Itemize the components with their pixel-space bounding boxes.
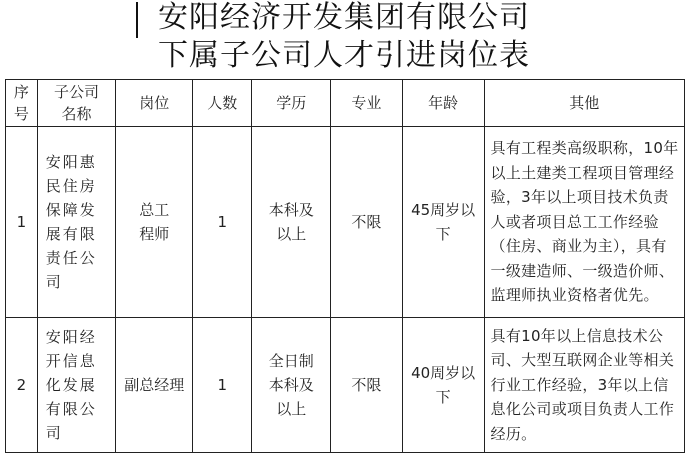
cell-other: 具有工程类高级职称，10年以上土建类工程项目管理经验，3年以上项目技术负责人或者… xyxy=(484,127,684,318)
cell-major: 不限 xyxy=(331,318,403,453)
cell-other: 具有10年以上信息技术公司、大型互联网企业等相关行业工作经验，3年以上信息化公司… xyxy=(484,318,684,453)
header-education: 学历 xyxy=(252,80,331,127)
cell-position: 总工程师 xyxy=(116,127,193,318)
cell-education: 本科及以上 xyxy=(252,127,331,318)
cell-company: 安阳经开信息化发展有限公司 xyxy=(37,318,116,453)
header-other: 其他 xyxy=(484,80,684,127)
text-cursor xyxy=(136,2,138,38)
cell-major: 不限 xyxy=(331,127,403,318)
cell-company: 安阳惠民住房保障发展有限责任公司 xyxy=(37,127,116,318)
cell-age: 45周岁以下 xyxy=(402,127,484,318)
document-title-line2: 下属子公司人才引进岗位表 xyxy=(0,38,688,74)
header-major: 专业 xyxy=(331,80,403,127)
cell-index: 1 xyxy=(6,127,38,318)
positions-table: 序号 子公司名称 岗位 人数 学历 专业 年龄 其他 1 安阳惠民住房保障发展有… xyxy=(5,79,685,453)
header-count: 人数 xyxy=(193,80,252,127)
table-row: 2 安阳经开信息化发展有限公司 副总经理 1 全日制本科及以上 不限 40周岁以… xyxy=(6,318,685,453)
document-title-line1: 安阳经济开发集团有限公司 xyxy=(0,0,688,36)
header-index: 序号 xyxy=(6,80,38,127)
cell-count: 1 xyxy=(193,127,252,318)
cell-count: 1 xyxy=(193,318,252,453)
header-age: 年龄 xyxy=(402,80,484,127)
header-position: 岗位 xyxy=(116,80,193,127)
header-company: 子公司名称 xyxy=(37,80,116,127)
cell-index: 2 xyxy=(6,318,38,453)
table-header-row: 序号 子公司名称 岗位 人数 学历 专业 年龄 其他 xyxy=(6,80,685,127)
cell-education: 全日制本科及以上 xyxy=(252,318,331,453)
cell-position: 副总经理 xyxy=(116,318,193,453)
table-row: 1 安阳惠民住房保障发展有限责任公司 总工程师 1 本科及以上 不限 45周岁以… xyxy=(6,127,685,318)
cell-age: 40周岁以下 xyxy=(402,318,484,453)
